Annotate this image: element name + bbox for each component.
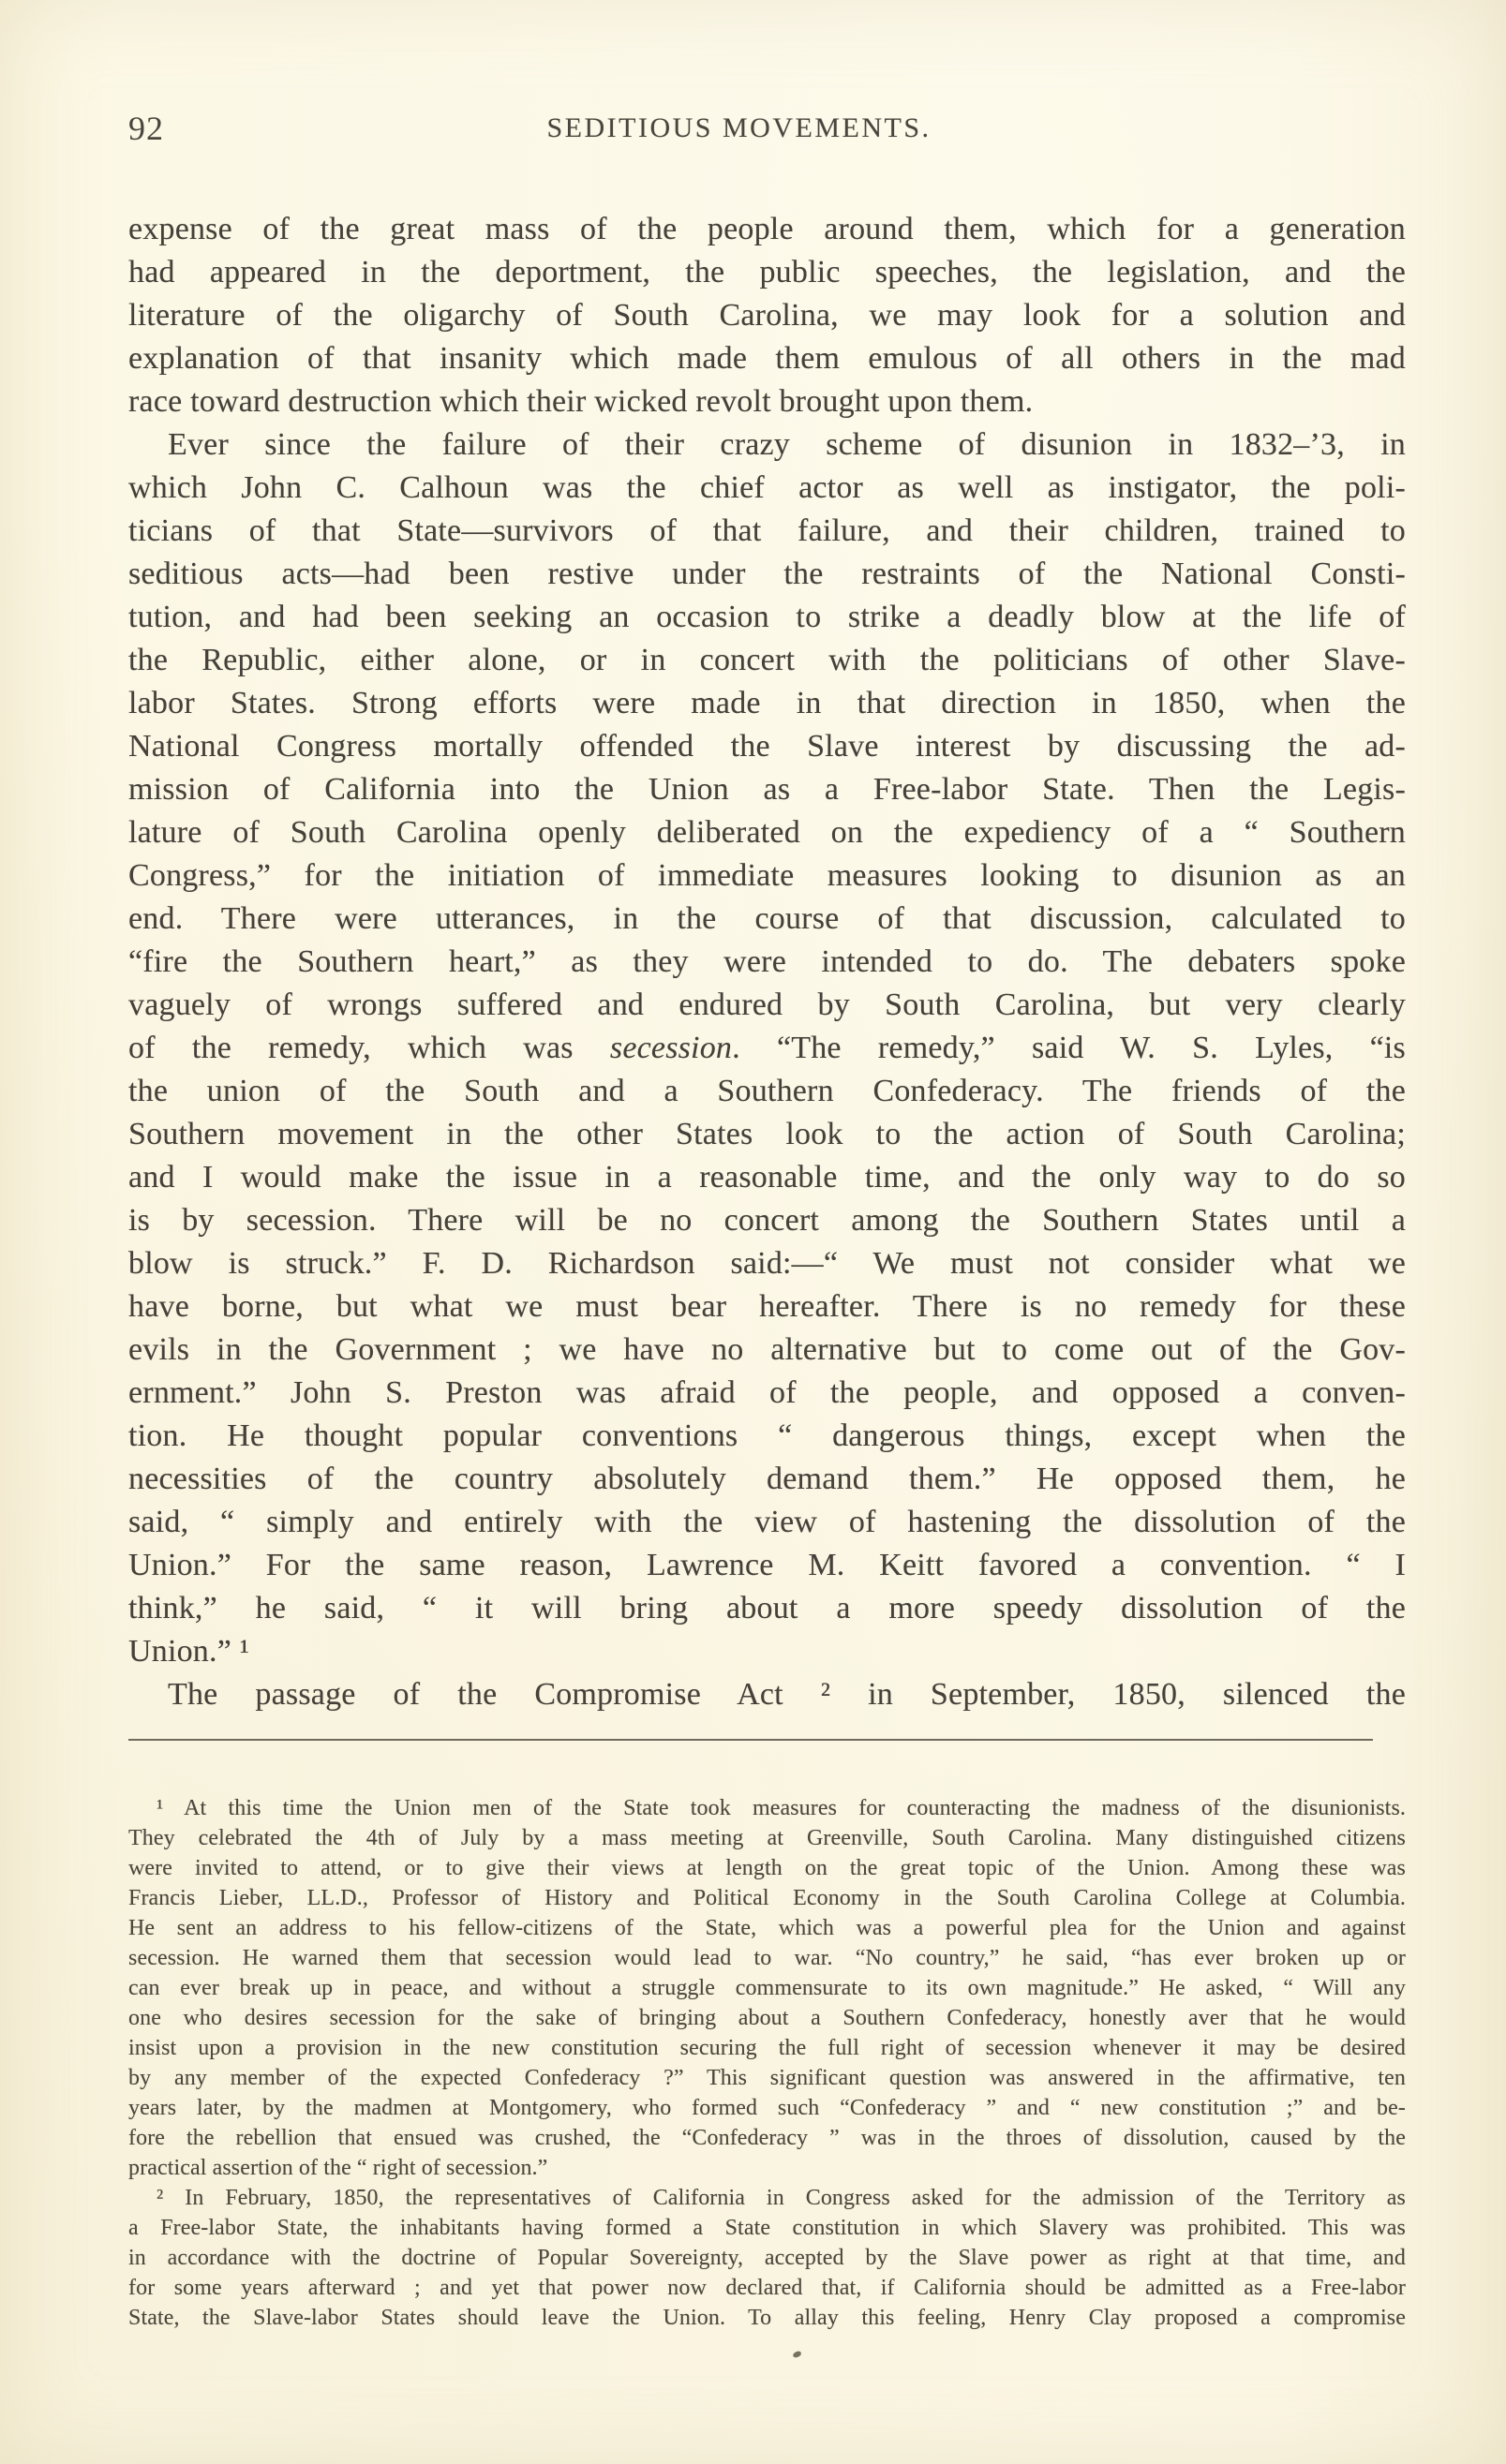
text-line: end. There were utterances, in the cours… <box>128 898 1406 941</box>
text-line: lature of South Carolina openly delibera… <box>128 811 1406 854</box>
text-line: Union.” ¹ <box>128 1630 1406 1673</box>
text-line: The passage of the Compromise Act ² in S… <box>128 1673 1406 1716</box>
text-line: Francis Lieber, LL.D., Professor of Hist… <box>128 1883 1406 1913</box>
text-line: can ever break up in peace, and without … <box>128 1973 1406 2003</box>
text-line: and I would make the issue in a reasonab… <box>128 1156 1406 1199</box>
text-line: tution, and had been seeking an occasion… <box>128 596 1406 639</box>
body-text: expense of the great mass of the people … <box>128 208 1406 1716</box>
text-column: 92 SEDITIOUS MOVEMENTS. expense of the g… <box>128 105 1406 2333</box>
text-line: literature of the oligarchy of South Car… <box>128 294 1406 337</box>
footnote: ¹ At this time the Union men of the Stat… <box>128 1793 1406 2183</box>
footnote: ² In February, 1850, the representatives… <box>128 2183 1406 2333</box>
running-head: 92 SEDITIOUS MOVEMENTS. <box>128 105 1406 148</box>
text-line: blow is struck.” F. D. Richardson said:—… <box>128 1242 1406 1285</box>
text-line: the union of the South and a Southern Co… <box>128 1070 1406 1113</box>
text-line: State, the Slave-labor States should lea… <box>128 2303 1406 2333</box>
text-line: explanation of that insanity which made … <box>128 337 1406 380</box>
body-paragraph: Ever since the failure of their crazy sc… <box>128 423 1406 1673</box>
text-line: practical assertion of the “ right of se… <box>128 2153 1406 2183</box>
text-line: for some years afterward ; and yet that … <box>128 2273 1406 2303</box>
ink-speck <box>792 2351 801 2358</box>
book-page: 92 SEDITIOUS MOVEMENTS. expense of the g… <box>0 0 1506 2464</box>
text-line: in accordance with the doctrine of Popul… <box>128 2243 1406 2273</box>
footnotes: ¹ At this time the Union men of the Stat… <box>128 1793 1406 2333</box>
text-line: one who desires secession for the sake o… <box>128 2003 1406 2033</box>
text-line: race toward destruction which their wick… <box>128 380 1406 423</box>
text-line: expense of the great mass of the people … <box>128 208 1406 251</box>
text-line: National Congress mortally offended the … <box>128 725 1406 768</box>
text-line: said, “ simply and entirely with the vie… <box>128 1501 1406 1544</box>
text-line: They celebrated the 4th of July by a mas… <box>128 1823 1406 1853</box>
text-line: seditious acts—had been restive under th… <box>128 553 1406 596</box>
text-line: a Free-labor State, the inhabitants havi… <box>128 2213 1406 2243</box>
text-line: vaguely of wrongs suffered and endured b… <box>128 984 1406 1027</box>
text-line: the Republic, either alone, or in concer… <box>128 639 1406 682</box>
text-line: had appeared in the deportment, the publ… <box>128 251 1406 294</box>
running-title: SEDITIOUS MOVEMENTS. <box>100 105 1378 144</box>
footnote-separator <box>128 1739 1373 1741</box>
text-line: secession. He warned them that secession… <box>128 1943 1406 1973</box>
text-line: He sent an address to his fellow-citizen… <box>128 1913 1406 1943</box>
body-paragraph: The passage of the Compromise Act ² in S… <box>128 1673 1406 1716</box>
text-line: labor States. Strong efforts were made i… <box>128 682 1406 725</box>
text-line: evils in the Government ; we have no alt… <box>128 1328 1406 1372</box>
text-line: by any member of the expected Confederac… <box>128 2063 1406 2093</box>
text-line: Union.” For the same reason, Lawrence M.… <box>128 1544 1406 1587</box>
text-line: ticians of that State—survivors of that … <box>128 510 1406 553</box>
text-line: ¹ At this time the Union men of the Stat… <box>128 1793 1406 1823</box>
text-line: “fire the Southern heart,” as they were … <box>128 941 1406 984</box>
text-line: fore the rebellion that ensued was crush… <box>128 2123 1406 2153</box>
text-line: ernment.” John S. Preston was afraid of … <box>128 1372 1406 1415</box>
body-paragraph: expense of the great mass of the people … <box>128 208 1406 423</box>
text-line: is by secession. There will be no concer… <box>128 1199 1406 1242</box>
text-line: tion. He thought popular conventions “ d… <box>128 1415 1406 1458</box>
text-line: have borne, but what we must bear hereaf… <box>128 1285 1406 1328</box>
text-line: mission of California into the Union as … <box>128 768 1406 811</box>
text-line: which John C. Calhoun was the chief acto… <box>128 467 1406 510</box>
text-line: of the remedy, which was secession. “The… <box>128 1027 1406 1070</box>
text-line: years later, by the madmen at Montgomery… <box>128 2093 1406 2123</box>
text-line: insist upon a provision in the new const… <box>128 2033 1406 2063</box>
text-line: Ever since the failure of their crazy sc… <box>128 423 1406 467</box>
text-line: ² In February, 1850, the representatives… <box>128 2183 1406 2213</box>
text-line: necessities of the country absolutely de… <box>128 1458 1406 1501</box>
text-line: Congress,” for the initiation of immedia… <box>128 854 1406 898</box>
text-line: think,” he said, “ it will bring about a… <box>128 1587 1406 1630</box>
text-line: were invited to attend, or to give their… <box>128 1853 1406 1883</box>
text-line: Southern movement in the other States lo… <box>128 1113 1406 1156</box>
